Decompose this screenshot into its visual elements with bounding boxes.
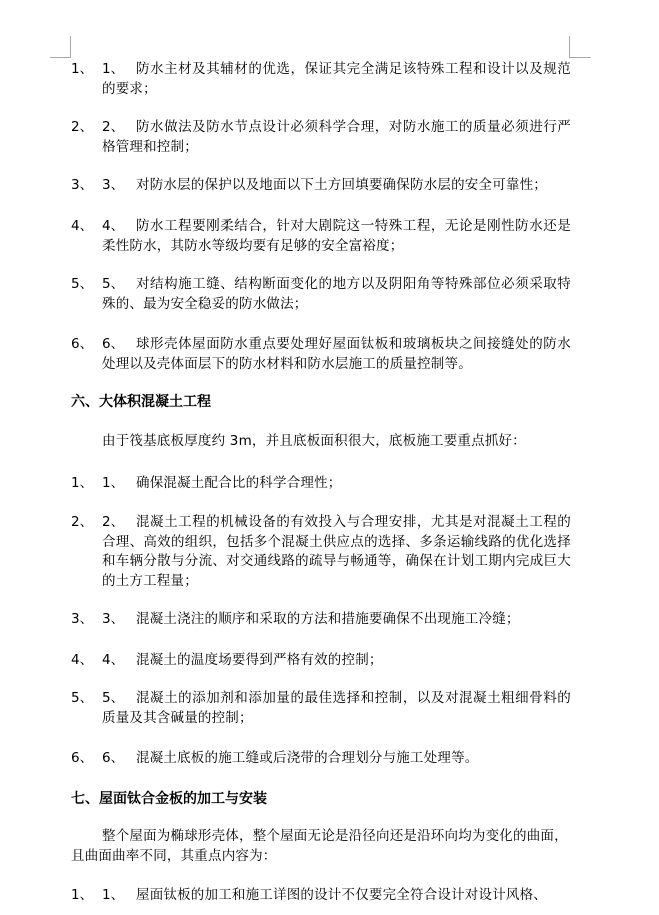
outer-list-number: 6、 bbox=[71, 749, 93, 769]
outer-list-number: 2、 bbox=[71, 513, 93, 533]
inner-list-number: 1、 bbox=[102, 886, 124, 906]
list-item-text: 混凝土底板的施工缝或后浇带的合理划分与施工处理等。 bbox=[102, 749, 571, 769]
inner-list-number: 5、 bbox=[102, 275, 124, 295]
outer-list-number: 5、 bbox=[71, 689, 93, 709]
inner-list-number: 4、 bbox=[102, 651, 124, 671]
list-item: 1、 1、 确保混凝土配合比的科学合理性； bbox=[71, 474, 571, 494]
list-item-text: 屋面钛板的加工和施工详图的设计不仅要完全符合设计对设计风格、 bbox=[102, 886, 571, 906]
list-item-text: 防水主材及其辅材的优选，保证其完全满足该特殊工程和设计以及规范的要求； bbox=[102, 60, 571, 99]
inner-list-number: 4、 bbox=[102, 217, 124, 237]
outer-list-number: 4、 bbox=[71, 651, 93, 671]
list-item: 5、 5、 对结构施工缝、结构断面变化的地方以及阴阳角等特殊部位必须采取特殊的、… bbox=[71, 275, 571, 314]
inner-list-number: 3、 bbox=[102, 176, 124, 196]
list-item: 6、 6、 混凝土底板的施工缝或后浇带的合理划分与施工处理等。 bbox=[71, 749, 571, 769]
list-item-text: 防水工程要刚柔结合，针对大剧院这一特殊工程，无论是刚性防水还是柔性防水，其防水等… bbox=[102, 217, 571, 256]
outer-list-number: 1、 bbox=[71, 60, 93, 80]
section-heading: 六、大体积混凝土工程 bbox=[71, 392, 211, 412]
outer-list-number: 4、 bbox=[71, 217, 93, 237]
list-item-text: 对结构施工缝、结构断面变化的地方以及阴阳角等特殊部位必须采取特殊的、最为安全稳妥… bbox=[102, 275, 571, 314]
section-intro-paragraph: 由于筏基底板厚度约 3m，并且底板面积很大，底板施工要重点抓好： bbox=[71, 432, 569, 452]
inner-list-number: 2、 bbox=[102, 513, 124, 533]
page-corner-mark-right bbox=[569, 36, 591, 58]
inner-list-number: 1、 bbox=[102, 474, 124, 494]
outer-list-number: 1、 bbox=[71, 886, 93, 906]
outer-list-number: 3、 bbox=[71, 610, 93, 630]
list-item: 1、 1、 防水主材及其辅材的优选，保证其完全满足该特殊工程和设计以及规范的要求… bbox=[71, 60, 571, 99]
outer-list-number: 1、 bbox=[71, 474, 93, 494]
outer-list-number: 2、 bbox=[71, 118, 93, 138]
inner-list-number: 1、 bbox=[102, 60, 124, 80]
list-item: 3、 3、 对防水层的保护以及地面以下土方回填要确保防水层的安全可靠性； bbox=[71, 176, 571, 196]
list-item-text: 防水做法及防水节点设计必须科学合理，对防水施工的质量必须进行严格管理和控制； bbox=[102, 118, 571, 157]
list-item-text: 混凝土的添加剂和添加量的最佳选择和控制，以及对混凝土粗细骨料的质量及其含碱量的控… bbox=[102, 689, 571, 728]
list-item: 1、 1、 屋面钛板的加工和施工详图的设计不仅要完全符合设计对设计风格、 bbox=[71, 886, 571, 906]
list-item-text: 混凝土浇注的顺序和采取的方法和措施要确保不出现施工冷缝； bbox=[102, 610, 571, 630]
list-item-text: 确保混凝土配合比的科学合理性； bbox=[102, 474, 571, 494]
outer-list-number: 6、 bbox=[71, 335, 93, 355]
list-item: 4、 4、 防水工程要刚柔结合，针对大剧院这一特殊工程，无论是刚性防水还是柔性防… bbox=[71, 217, 571, 256]
section-intro-paragraph: 整个屋面为椭球形壳体，整个屋面无论是沿径向还是沿环向均为变化的曲面，且曲面曲率不… bbox=[71, 827, 569, 866]
list-item-text: 混凝土的温度场要得到严格有效的控制； bbox=[102, 651, 571, 671]
list-item: 4、 4、 混凝土的温度场要得到严格有效的控制； bbox=[71, 651, 571, 671]
list-item: 3、 3、 混凝土浇注的顺序和采取的方法和措施要确保不出现施工冷缝； bbox=[71, 610, 571, 630]
section-heading: 七、屋面钛合金板的加工与安装 bbox=[71, 789, 267, 809]
inner-list-number: 2、 bbox=[102, 118, 124, 138]
list-item-text: 混凝土工程的机械设备的有效投入与合理安排，尤其是对混凝土工程的合理、高效的组织，… bbox=[102, 513, 571, 591]
outer-list-number: 5、 bbox=[71, 275, 93, 295]
list-item: 5、 5、 混凝土的添加剂和添加量的最佳选择和控制，以及对混凝土粗细骨料的质量及… bbox=[71, 689, 571, 728]
list-item-text: 对防水层的保护以及地面以下土方回填要确保防水层的安全可靠性； bbox=[102, 176, 571, 196]
inner-list-number: 6、 bbox=[102, 335, 124, 355]
inner-list-number: 3、 bbox=[102, 610, 124, 630]
list-item: 2、 2、 防水做法及防水节点设计必须科学合理，对防水施工的质量必须进行严格管理… bbox=[71, 118, 571, 157]
inner-list-number: 6、 bbox=[102, 749, 124, 769]
list-item: 6、 6、 球形壳体屋面防水重点要处理好屋面钛板和玻璃板块之间接缝处的防水处理以… bbox=[71, 335, 571, 374]
list-item: 2、 2、 混凝土工程的机械设备的有效投入与合理安排，尤其是对混凝土工程的合理、… bbox=[71, 513, 571, 591]
outer-list-number: 3、 bbox=[71, 176, 93, 196]
list-item-text: 球形壳体屋面防水重点要处理好屋面钛板和玻璃板块之间接缝处的防水处理以及壳体面层下… bbox=[102, 335, 571, 374]
inner-list-number: 5、 bbox=[102, 689, 124, 709]
page-corner-mark-left bbox=[50, 36, 71, 58]
